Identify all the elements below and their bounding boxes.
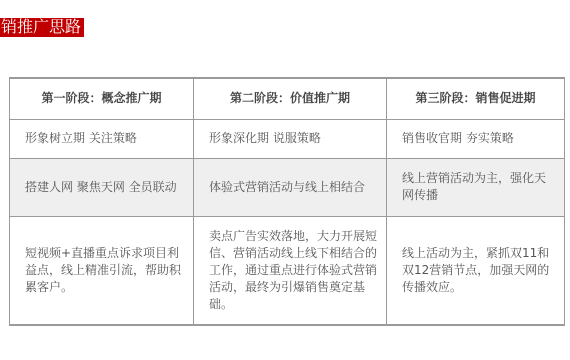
slide-page: 销推广思路 第一阶段：概念推广期 第二阶段：价值推广期 第三阶段：销售促进期 形… — [0, 0, 570, 360]
promotion-phase-table: 第一阶段：概念推广期 第二阶段：价值推广期 第三阶段：销售促进期 形象树立期 关… — [9, 77, 565, 326]
table-cell: 卖点广告实效落地，大力开展短信、营销活动线上线下相结合的工作，通过重点进行体验式… — [194, 216, 387, 325]
table-cell: 短视频+直播重点诉求项目利益点，线上精准引流，帮助积累客户。 — [10, 216, 194, 325]
page-title: 销推广思路 — [1, 18, 81, 37]
title-banner: 销推广思路 — [0, 18, 84, 37]
table-cell: 销售收官期 夯实策略 — [387, 119, 565, 158]
header-phase-1: 第一阶段：概念推广期 — [10, 78, 194, 119]
table-cell: 体验式营销活动与线上相结合 — [194, 158, 387, 216]
table-row-actions: 短视频+直播重点诉求项目利益点，线上精准引流，帮助积累客户。 卖点广告实效落地，… — [10, 216, 565, 325]
table-row-channel: 搭建人网 聚焦天网 全员联动 体验式营销活动与线上相结合 线上营销活动为主，强化… — [10, 158, 565, 216]
table-cell: 形象树立期 关注策略 — [10, 119, 194, 158]
header-phase-2: 第二阶段：价值推广期 — [194, 78, 387, 119]
table-row-strategy: 形象树立期 关注策略 形象深化期 说服策略 销售收官期 夯实策略 — [10, 119, 565, 158]
table-cell: 线上活动为主，紧抓双11和双12营销节点，加强天网的传播效应。 — [387, 216, 565, 325]
table-header-row: 第一阶段：概念推广期 第二阶段：价值推广期 第三阶段：销售促进期 — [10, 78, 565, 119]
table-cell: 线上营销活动为主，强化天网传播 — [387, 158, 565, 216]
header-phase-3: 第三阶段：销售促进期 — [387, 78, 565, 119]
table-cell: 搭建人网 聚焦天网 全员联动 — [10, 158, 194, 216]
table-cell: 形象深化期 说服策略 — [194, 119, 387, 158]
